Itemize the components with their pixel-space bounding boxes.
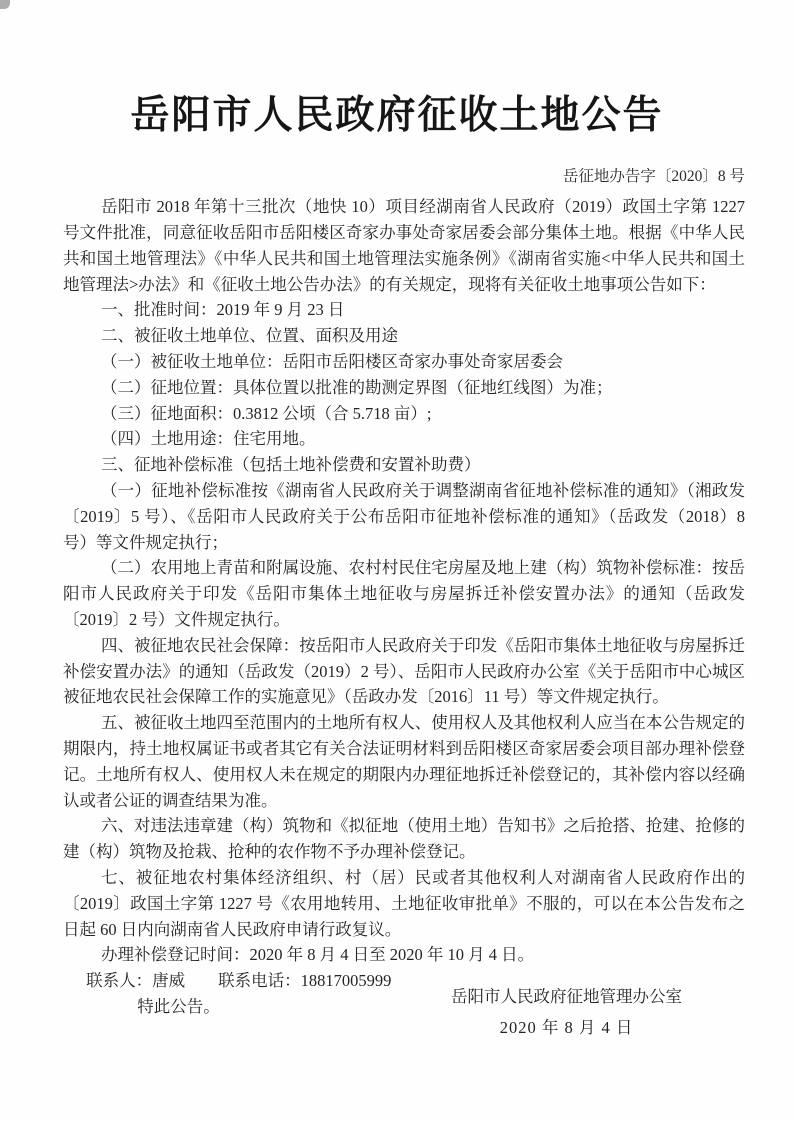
item-appeal-rights: 七、被征地农村集体经济组织、村（居）民或者其他权利人对湖南省人民政府作出的〔20… [63,865,745,942]
item-land-info-heading: 二、被征收土地单位、位置、面积及用途 [63,323,745,349]
signature-block: 岳阳市人民政府征地管理办公室 2020 年 8 月 4 日 [451,984,682,1041]
item-land-use: （四）土地用途：住宅用地。 [63,426,745,452]
item-illegal-structures: 六、对违法违章建（构）筑物和《拟征地（使用土地）告知书》之后抢搭、抢建、抢修的建… [63,813,745,865]
item-land-area: （三）征地面积：0.3812 公顷（合 5.718 亩）; [63,401,745,427]
item-registration-rules: 五、被征收土地四至范围内的土地所有权人、使用权人及其他权利人应当在本公告规定的期… [63,710,745,813]
issue-date: 2020 年 8 月 4 日 [451,1015,682,1041]
registration-time: 办理补偿登记时间：2020 年 8 月 4 日至 2020 年 10 月 4 日… [63,942,745,968]
item-land-location: （二）征地位置：具体位置以批准的勘测定界图（征地红线图）为准； [63,375,745,401]
issuing-office: 岳阳市人民政府征地管理办公室 [451,984,682,1010]
document-body: 岳阳市 2018 年第十三批次（地快 10）项目经湖南省人民政府（2019）政国… [63,194,745,1020]
item-social-security: 四、被征地农民社会保障：按岳阳市人民政府关于印发《岳阳市集体土地征收与房屋拆迁补… [63,633,745,710]
document-number: 岳征地办告字〔2020〕8 号 [0,166,745,187]
item-approval-time: 一、批准时间：2019 年 9 月 23 日 [63,297,745,323]
item-crops-buildings: （二）农用地上青苗和附属设施、农村村民住宅房屋及地上建（构）筑物补偿标准：按岳阳… [63,555,745,632]
scanned-announcement-page: 岳阳市人民政府征收土地公告 岳征地办告字〔2020〕8 号 岳阳市 2018 年… [0,0,794,1122]
item-compensation-standard: （一）征地补偿标准按《湖南省人民政府关于调整湖南省征地补偿标准的通知》（湘政发〔… [63,478,745,555]
scan-artifact-corner [0,0,10,9]
item-land-unit: （一）被征收土地单位：岳阳市岳阳楼区奇家办事处奇家居委会 [63,349,745,375]
item-compensation-heading: 三、征地补偿标准（包括土地补偿费和安置补助费） [63,452,745,478]
page-title: 岳阳市人民政府征收土地公告 [0,26,794,140]
paragraph-intro: 岳阳市 2018 年第十三批次（地快 10）项目经湖南省人民政府（2019）政国… [63,194,745,297]
